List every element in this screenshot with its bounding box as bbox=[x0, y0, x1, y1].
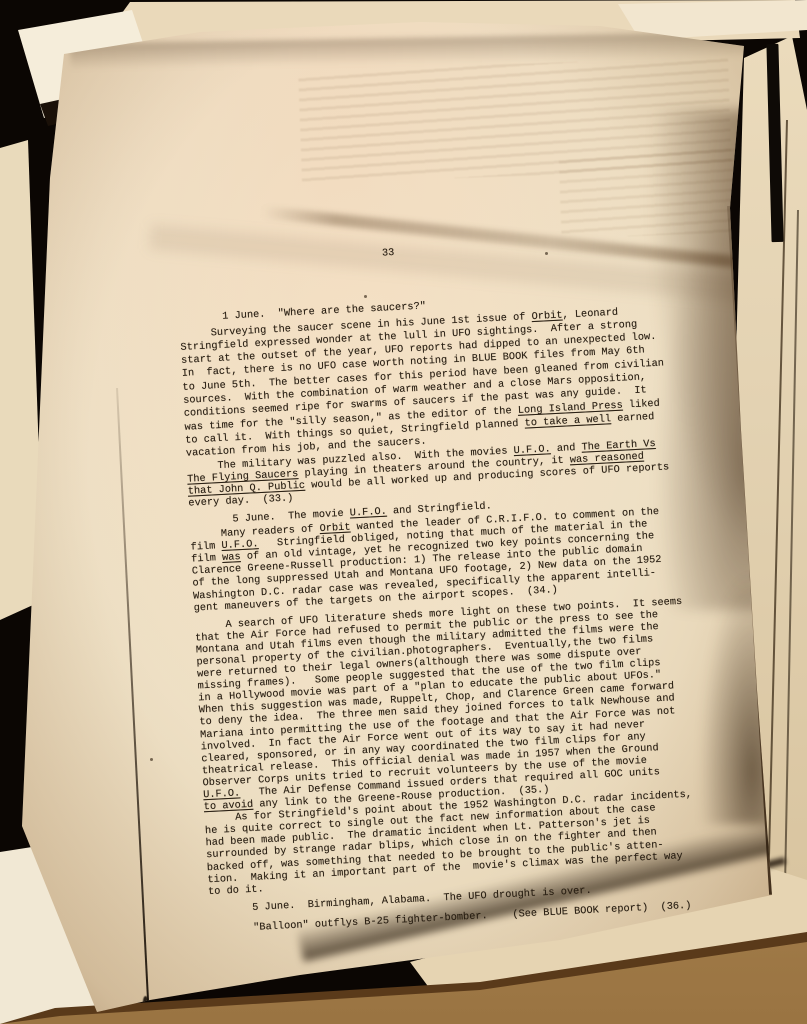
dust-speck bbox=[150, 758, 153, 761]
typewritten-text: 33 1 June. "Where are the saucers?" Surv… bbox=[176, 230, 770, 936]
document-page: 33 1 June. "Where are the saucers?" Surv… bbox=[0, 0, 807, 1024]
photo-of-document-stack: 33 1 June. "Where are the saucers?" Surv… bbox=[0, 0, 807, 1024]
paragraph: A search of UFO literature sheds more li… bbox=[194, 592, 763, 814]
